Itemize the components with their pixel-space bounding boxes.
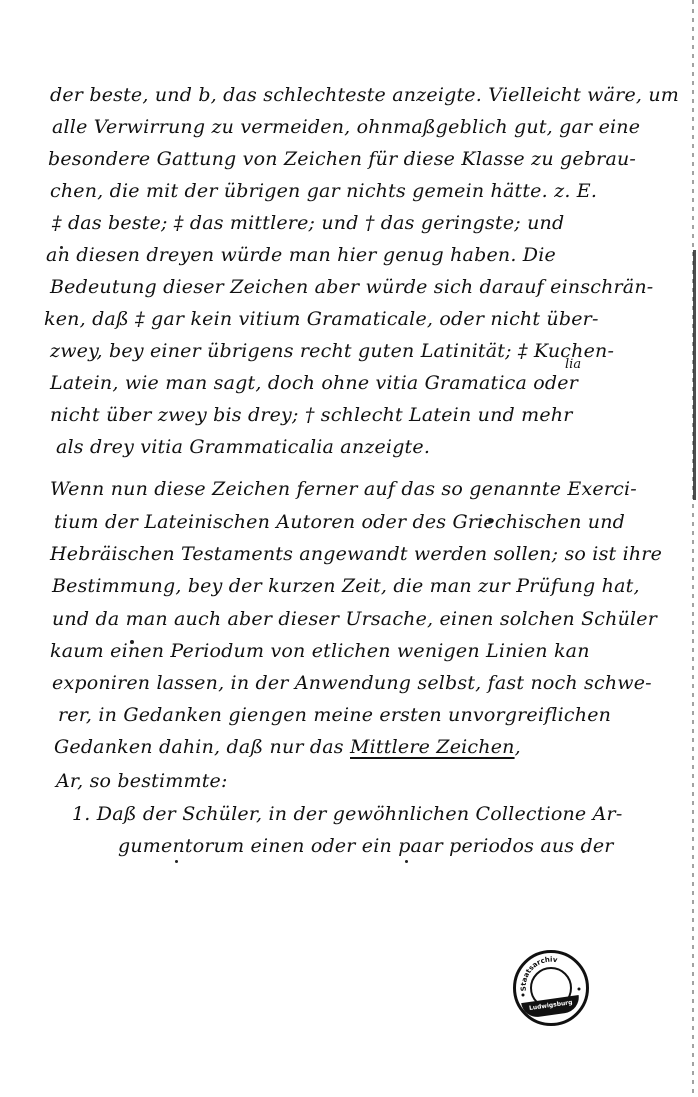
manuscript-line-4: chen, die mit der übrigen gar nichts gem… (50, 180, 597, 202)
manuscript-line-7: Bedeutung dieser Zeichen aber würde sich… (50, 276, 653, 298)
interlinear-insertion: lia (565, 357, 581, 372)
page-edge (692, 0, 694, 1097)
ink-speck (130, 640, 134, 644)
ink-speck (175, 860, 178, 863)
manuscript-line-9: zwey, bey einer übrigens recht guten Lat… (50, 340, 614, 362)
manuscript-line-1: der beste, und b, das schlechteste anzei… (50, 84, 679, 106)
line-21-prefix: Gedanken dahin, daß nur das (54, 736, 350, 758)
manuscript-line-2: alle Verwirrung zu vermeiden, ohnmaßgebl… (52, 116, 640, 138)
underlined-phrase: Mittlere Zeichen (350, 736, 515, 758)
manuscript-line-23: 1. Daß der Schüler, in der gewöhnlichen … (72, 803, 622, 825)
manuscript-line-8: ken, daß ‡ gar kein vitium Gramaticale, … (44, 308, 599, 330)
archive-stamp: Staatsarchiv Ludwigsburg (513, 950, 589, 1026)
manuscript-line-19: exponiren lassen, in der Anwendung selbs… (52, 672, 652, 694)
manuscript-line-16: Bestimmung, bey der kurzen Zeit, die man… (52, 575, 640, 597)
ink-speck (488, 518, 492, 523)
manuscript-line-13: Wenn nun diese Zeichen ferner auf das so… (50, 478, 637, 500)
manuscript-line-14: tium der Lateinischen Autoren oder des G… (54, 511, 625, 533)
manuscript-line-17: und da man auch aber dieser Ursache, ein… (52, 608, 657, 630)
manuscript-line-10: Latein, wie man sagt, doch ohne vitia Gr… (50, 372, 578, 394)
line-21-suffix: , (515, 736, 521, 758)
manuscript-line-20: rer, in Gedanken giengen meine ersten un… (58, 704, 611, 726)
manuscript-line-12: als drey vitia Grammaticalia anzeigte. (56, 436, 430, 458)
ink-speck (405, 860, 408, 863)
manuscript-line-22: Ar, so bestimmte: (56, 770, 228, 792)
manuscript-line-24: gumentorum einen oder ein paar periodos … (118, 835, 614, 857)
manuscript-line-21: Gedanken dahin, daß nur das Mittlere Zei… (54, 736, 521, 758)
page-edge-shadow (693, 250, 696, 500)
ink-speck (582, 850, 585, 853)
manuscript-line-6: an diesen dreyen würde man hier genug ha… (46, 244, 556, 266)
manuscript-line-15: Hebräischen Testaments angewandt werden … (50, 543, 662, 565)
ink-speck (60, 246, 63, 249)
manuscript-line-11: nicht über zwey bis drey; † schlecht Lat… (50, 404, 573, 426)
manuscript-line-5: ‡ das beste; ‡ das mittlere; und † das g… (52, 212, 564, 234)
manuscript-line-3: besondere Gattung von Zeichen für diese … (48, 148, 636, 170)
manuscript-page: der beste, und b, das schlechteste anzei… (0, 0, 698, 1097)
